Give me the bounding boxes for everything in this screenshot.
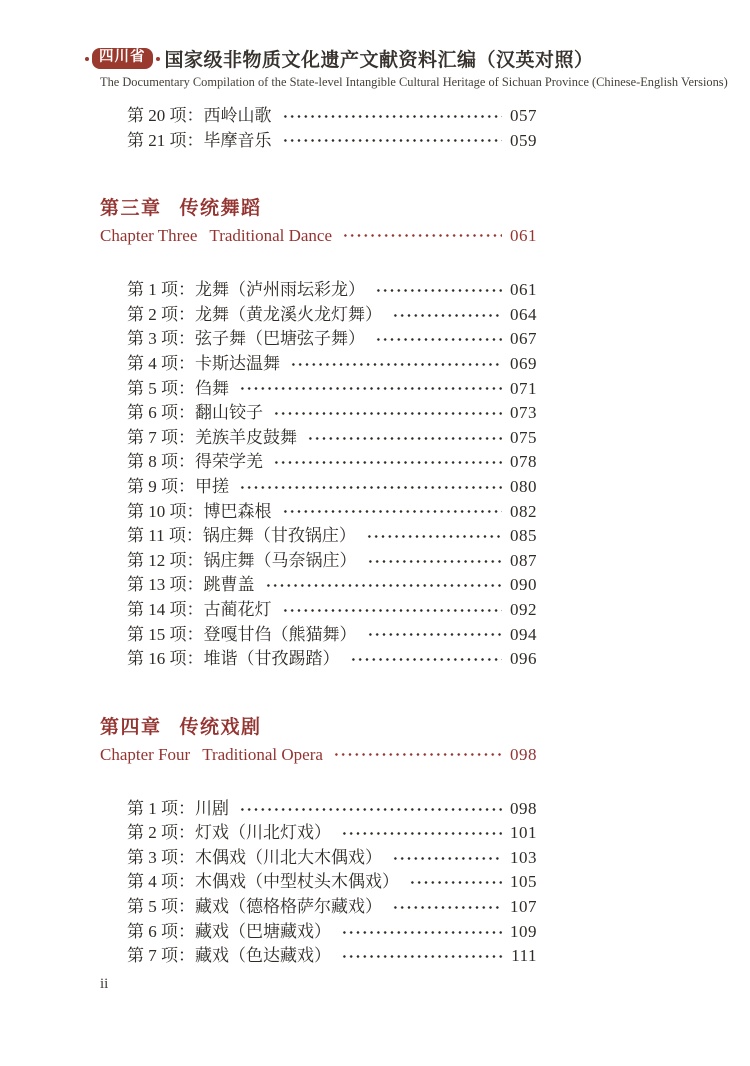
toc-entry-label: 第 5 项：藏戏（德格格萨尔藏戏） (127, 895, 382, 920)
dot-leader (290, 352, 502, 377)
toc-entry: 第 11 项：锅庄舞（甘孜锅庄） 085 (127, 524, 537, 549)
toc-entry-page: 082 (510, 500, 537, 525)
book-toc-page: 四川省 国家级非物质文化遗产文献资料汇编（汉英对照） The Documenta… (0, 0, 750, 1066)
dot-leader (282, 129, 503, 154)
chapter-number-en: Chapter Four (100, 742, 190, 767)
dot-leader (239, 475, 502, 500)
toc-entry-page: 109 (510, 920, 537, 945)
toc-entry-page: 098 (510, 797, 537, 822)
dot-leader (375, 327, 502, 352)
running-head-title-row: 四川省 国家级非物质文化遗产文献资料汇编（汉英对照） (85, 45, 715, 72)
toc-entry-page: 073 (510, 401, 537, 426)
toc-entry: 第 5 项：㑇舞 071 (127, 377, 537, 402)
toc-entry-page: 059 (510, 129, 537, 154)
dot-leader (282, 104, 503, 129)
toc-entry: 第 6 项：翻山铰子 073 (127, 401, 537, 426)
chapter-name-en: Traditional Opera (202, 742, 323, 767)
chapter-title-en: Chapter Three Traditional Dance 061 (100, 223, 537, 248)
toc-entry: 第 16 项：堆谐（甘孜踢踏） 096 (127, 647, 537, 672)
toc-entry-label: 第 6 项：藏戏（巴塘藏戏） (127, 920, 331, 945)
running-head: 四川省 国家级非物质文化遗产文献资料汇编（汉英对照） The Documenta… (85, 45, 715, 90)
dot-leader (239, 377, 502, 402)
dot-leader (341, 944, 503, 969)
toc-entry-label: 第 3 项：木偶戏（川北大木偶戏） (127, 846, 382, 871)
dot-leader (392, 895, 502, 920)
folio-page-number: ii (100, 976, 108, 993)
chapter-name-cn: 传统舞蹈 (180, 198, 262, 219)
toc-entry-label: 第 7 项：藏戏（色达藏戏） (127, 944, 331, 969)
dot-leader (392, 846, 502, 871)
toc-entry-page: 111 (511, 944, 537, 969)
dot-leader (282, 598, 503, 623)
toc-entry: 第 5 项：藏戏（德格格萨尔藏戏） 107 (127, 895, 537, 920)
toc-entry: 第 3 项：弦子舞（巴塘弦子舞） 067 (127, 327, 537, 352)
badge-dot-left-icon (85, 57, 89, 61)
toc-entry: 第 2 项：灯戏（川北灯戏） 101 (127, 821, 537, 846)
dot-leader (392, 303, 502, 328)
toc-entry: 第 9 项：甲搓 080 (127, 475, 537, 500)
toc-entry: 第 2 项：龙舞（黄龙溪火龙灯舞） 064 (127, 303, 537, 328)
toc-entry: 第 10 项：博巴森根 082 (127, 500, 537, 525)
toc-entry: 第 6 项：藏戏（巴塘藏戏） 109 (127, 920, 537, 945)
toc-leading-entries: 第 20 项：西岭山歌 057 第 21 项：毕摩音乐 059 (100, 104, 537, 153)
toc-entry-label: 第 1 项：川剧 (127, 797, 229, 822)
toc-entry-label: 第 2 项：灯戏（川北灯戏） (127, 821, 331, 846)
dot-leader (282, 500, 503, 525)
chapter-title-en: Chapter Four Traditional Opera 098 (100, 742, 537, 767)
toc-entry-page: 078 (510, 450, 537, 475)
toc-entry: 第 20 项：西岭山歌 057 (127, 104, 537, 129)
toc-entry-label: 第 21 项：毕摩音乐 (127, 129, 272, 154)
toc-entry-label: 第 3 项：弦子舞（巴塘弦子舞） (127, 327, 365, 352)
toc-entry: 第 21 项：毕摩音乐 059 (127, 129, 537, 154)
toc-entry: 第 8 项：得荣学羌 078 (127, 450, 537, 475)
chapter-number-cn: 第三章 (100, 198, 162, 219)
book-title-en: The Documentary Compilation of the State… (100, 75, 715, 90)
toc-entry-label: 第 16 项：堆谐（甘孜踢踏） (127, 647, 340, 672)
toc-entry-page: 064 (510, 303, 537, 328)
toc-entry: 第 1 项：川剧 098 (127, 797, 537, 822)
chapter-items: 第 1 项：川剧 098 第 2 项：灯戏（川北灯戏） 101 第 3 项：木偶… (100, 797, 537, 969)
chapter-title-cn: 第四章传统戏剧 (100, 714, 537, 741)
chapter-page: 061 (510, 223, 537, 248)
toc-entry-page: 103 (510, 846, 537, 871)
toc-entry-label: 第 13 项：跳曹盖 (127, 573, 255, 598)
province-badge-label: 四川省 (92, 48, 153, 69)
toc-entry-label: 第 4 项：卡斯达温舞 (127, 352, 280, 377)
dot-leader (239, 797, 502, 822)
toc-entry-label: 第 12 项：锅庄舞（马奈锅庄） (127, 549, 357, 574)
chapter-name-en: Traditional Dance (209, 223, 332, 248)
toc-entry: 第 4 项：卡斯达温舞 069 (127, 352, 537, 377)
toc-entry: 第 4 项：木偶戏（中型杖头木偶戏） 105 (127, 870, 537, 895)
dot-leader (366, 524, 502, 549)
dot-leader (273, 401, 502, 426)
toc-entry-page: 071 (510, 377, 537, 402)
toc-entry-page: 105 (510, 870, 537, 895)
chapter-block: 第三章传统舞蹈 Chapter Three Traditional Dance … (100, 195, 537, 672)
toc-entry-label: 第 4 项：木偶戏（中型杖头木偶戏） (127, 870, 399, 895)
toc-entry: 第 1 项：龙舞（泸州雨坛彩龙） 061 (127, 278, 537, 303)
dot-leader (273, 450, 502, 475)
toc-entry-label: 第 11 项：锅庄舞（甘孜锅庄） (127, 524, 356, 549)
toc-entry-label: 第 1 项：龙舞（泸州雨坛彩龙） (127, 278, 365, 303)
toc-entry-label: 第 2 项：龙舞（黄龙溪火龙灯舞） (127, 303, 382, 328)
province-badge: 四川省 (85, 48, 160, 69)
toc-entry-label: 第 10 项：博巴森根 (127, 500, 272, 525)
chapter-title-cn: 第三章传统舞蹈 (100, 195, 537, 222)
toc-entry-page: 069 (510, 352, 537, 377)
toc-entry: 第 3 项：木偶戏（川北大木偶戏） 103 (127, 846, 537, 871)
toc-entry-page: 087 (510, 549, 537, 574)
toc-entry-page: 094 (510, 623, 537, 648)
toc-entry-label: 第 14 项：古蔺花灯 (127, 598, 272, 623)
toc-entry-label: 第 6 项：翻山铰子 (127, 401, 263, 426)
badge-dot-right-icon (156, 57, 160, 61)
dot-leader (307, 426, 502, 451)
toc-entry-page: 090 (510, 573, 537, 598)
dot-leader (342, 223, 502, 248)
toc-entry: 第 15 项：登嘎甘㑇（熊猫舞） 094 (127, 623, 537, 648)
toc-entry: 第 7 项：羌族羊皮鼓舞 075 (127, 426, 537, 451)
toc-entry-page: 075 (510, 426, 537, 451)
toc-entry-page: 080 (510, 475, 537, 500)
toc-entry-page: 092 (510, 598, 537, 623)
toc-entry-page: 085 (510, 524, 537, 549)
toc-entry-label: 第 8 项：得荣学羌 (127, 450, 263, 475)
chapter-items: 第 1 项：龙舞（泸州雨坛彩龙） 061 第 2 项：龙舞（黄龙溪火龙灯舞） 0… (100, 278, 537, 672)
toc-entry-page: 067 (510, 327, 537, 352)
toc-entry-label: 第 9 项：甲搓 (127, 475, 229, 500)
dot-leader (341, 821, 502, 846)
toc-entry-page: 061 (510, 278, 537, 303)
dot-leader (367, 623, 503, 648)
chapter-name-cn: 传统戏剧 (180, 717, 262, 738)
toc-entry: 第 13 项：跳曹盖 090 (127, 573, 537, 598)
chapter-block: 第四章传统戏剧 Chapter Four Traditional Opera 0… (100, 714, 537, 969)
dot-leader (265, 573, 503, 598)
toc-entry-label: 第 20 项：西岭山歌 (127, 104, 272, 129)
toc-entry-page: 101 (510, 821, 537, 846)
toc-entry-page: 057 (510, 104, 537, 129)
dot-leader (341, 920, 502, 945)
toc-entry-label: 第 15 项：登嘎甘㑇（熊猫舞） (127, 623, 357, 648)
toc-entry-page: 096 (510, 647, 537, 672)
dot-leader (375, 278, 502, 303)
chapter-number-cn: 第四章 (100, 717, 162, 738)
toc-entry: 第 14 项：古蔺花灯 092 (127, 598, 537, 623)
toc-entry-label: 第 7 项：羌族羊皮鼓舞 (127, 426, 297, 451)
dot-leader (333, 742, 502, 767)
toc-entry: 第 12 项：锅庄舞（马奈锅庄） 087 (127, 549, 537, 574)
toc-entry-page: 107 (510, 895, 537, 920)
toc-entry: 第 7 项：藏戏（色达藏戏） 111 (127, 944, 537, 969)
chapter-number-en: Chapter Three (100, 223, 197, 248)
toc-chapters: 第三章传统舞蹈 Chapter Three Traditional Dance … (100, 195, 537, 969)
book-title-cn: 国家级非物质文化遗产文献资料汇编（汉英对照） (165, 45, 594, 72)
table-of-contents: 第 20 项：西岭山歌 057 第 21 项：毕摩音乐 059 第三章传统舞蹈 … (100, 104, 537, 969)
toc-entry-label: 第 5 项：㑇舞 (127, 377, 229, 402)
chapter-page: 098 (510, 742, 537, 767)
dot-leader (350, 647, 503, 672)
dot-leader (409, 870, 502, 895)
dot-leader (367, 549, 503, 574)
